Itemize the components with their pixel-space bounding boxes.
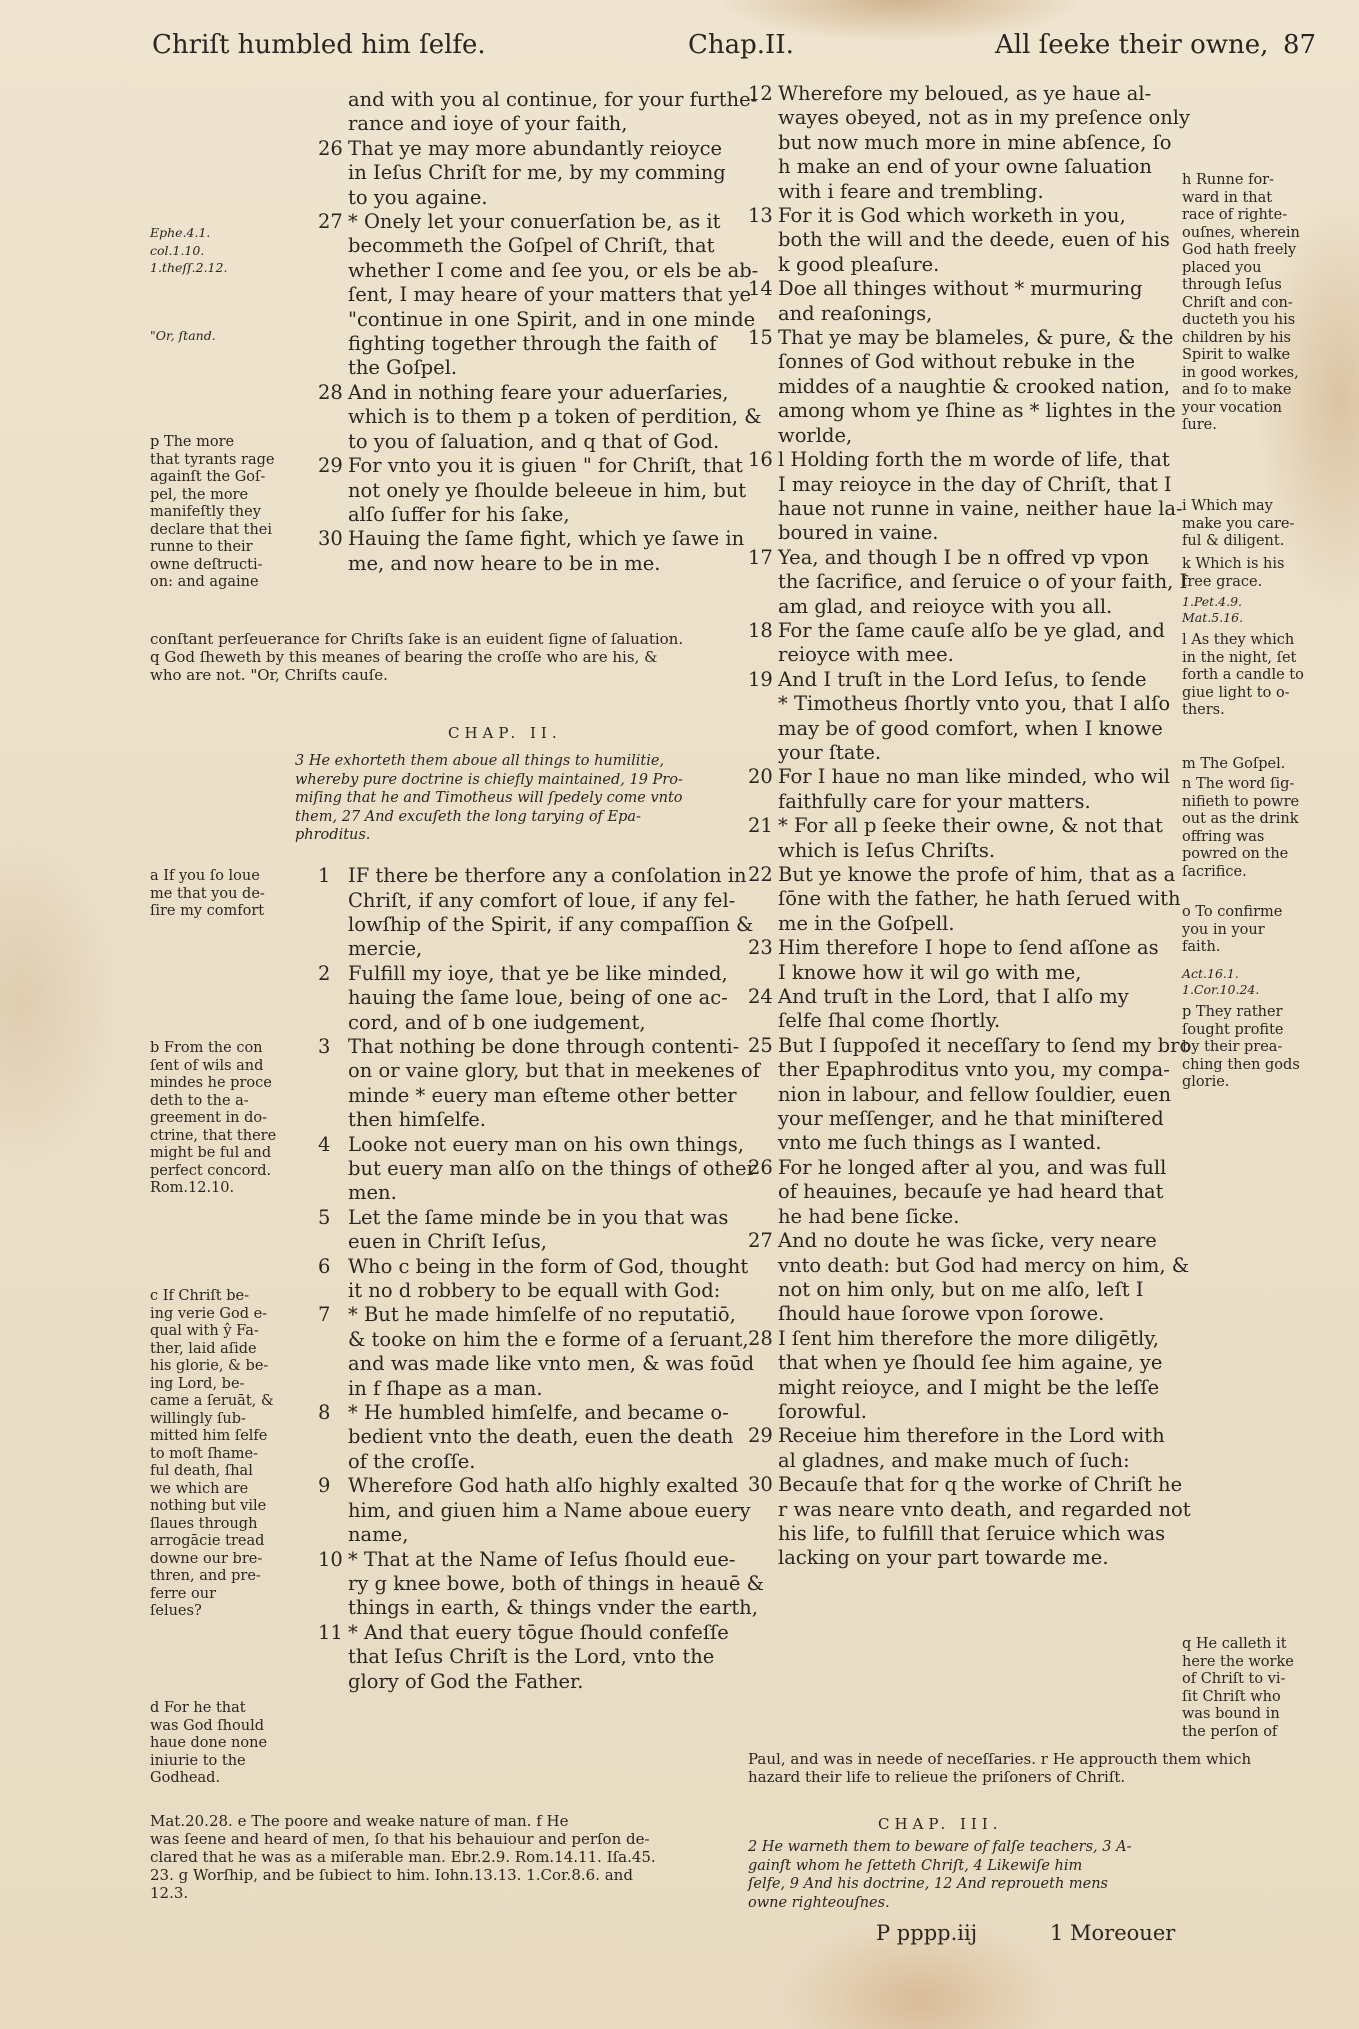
verse-text: Looke not euery man on his own things, [348, 1133, 744, 1156]
text-line: Paul, and was in neede of neceſſaries. r… [748, 1750, 1338, 1768]
verse-line: in Ieſus Chriſt for me, by my comming [318, 161, 728, 185]
verse-line: reioyce with mee. [748, 643, 1178, 667]
signature-mark: P pppp.iij [876, 1921, 977, 1945]
text-line: ching then gods [1182, 1057, 1300, 1075]
text-line: placed you [1182, 260, 1300, 278]
verse-line: ſorowful. [748, 1400, 1178, 1424]
text-line: ing verie God e- [150, 1306, 274, 1324]
verse-text: I may reioyce in the day of Chriſt, that… [778, 473, 1172, 496]
text-line: ſit Chriſt who [1182, 1689, 1294, 1707]
verse-line: 16l Holding forth the m worde of life, t… [748, 448, 1178, 472]
text-line: your vocation [1182, 400, 1300, 418]
verse-text: hauing the ſame loue, being of one ac- [348, 986, 728, 1009]
verse-text: that Ieſus Chriſt is the Lord, vnto the [348, 1645, 714, 1668]
verse-line: bedient vnto the death, euen the death [318, 1425, 728, 1449]
verse-text: it no d robbery to be equall with God: [348, 1279, 720, 1302]
verse-number: 28 [318, 381, 348, 405]
text-line: who are not. "Or, Chriſts cauſe. [150, 666, 730, 684]
verse-line: your ſtate. [748, 741, 1178, 765]
text-line: in good workes, [1182, 365, 1300, 383]
verse-number: 3 [318, 1035, 348, 1059]
verse-line: whether I come and ſee you, or els be ab… [318, 259, 728, 283]
text-line: d For he that [150, 1700, 267, 1718]
verse-text: to you of ſaluation, and q that of God. [348, 430, 719, 453]
verse-line: 3That nothing be done through contenti- [318, 1035, 728, 1059]
verse-text: * That at the Name of Ieſus ſhould eue- [348, 1548, 736, 1571]
verse-number: 1 [318, 864, 348, 888]
verse-line: him, and giuen him a Name aboue euery [318, 1499, 728, 1523]
verse-line: vnto me ſuch things as I wanted. [748, 1131, 1178, 1155]
text-line: ſelues? [150, 1603, 274, 1621]
verse-text: boured in vaine. [778, 521, 939, 544]
verse-line: with i feare and trembling. [748, 180, 1178, 204]
verse-line: 4Looke not euery man on his own things, [318, 1133, 728, 1157]
verse-line: I knowe how it wil go with me, [748, 961, 1178, 985]
verse-line: ſhould haue ſorowe vpon ſorowe. [748, 1302, 1178, 1326]
text-line: n The word ſig- [1182, 776, 1299, 794]
verse-text: ſonnes of God without rebuke in the [778, 350, 1135, 373]
verse-text: of heauines, becauſe ye had heard that [778, 1180, 1163, 1203]
verse-line: but now much more in mine abſence, ſo [748, 131, 1178, 155]
verse-text: and reaſonings, [778, 302, 932, 325]
text-line: 1.Pet.4.9. [1182, 594, 1243, 610]
text-line: 23. g Worſhip, and be ſubiect to him. Io… [150, 1866, 730, 1884]
verse-text: That ye may more abundantly reioyce [348, 137, 722, 160]
text-line: in the night, ſet [1182, 650, 1304, 668]
verse-text: Wherefore God hath alſo highly exalted [348, 1474, 738, 1497]
margin-refs-b: Act.16.1.1.Cor.10.24. [1182, 966, 1259, 998]
verse-line: 18For the ſame cauſe alſo be ye glad, an… [748, 619, 1178, 643]
text-line: runne to their [150, 539, 275, 557]
verse-number: 21 [748, 814, 778, 838]
verse-text: nion in labour, and fellow ſouldier, eue… [778, 1083, 1171, 1106]
verse-number: 26 [318, 137, 348, 161]
text-line: q He calleth it [1182, 1636, 1294, 1654]
footnote-bottom-left: Mat.20.28. e The poore and weake nature … [150, 1812, 730, 1902]
chapter-heading-3: CHAP. III. [878, 1815, 1003, 1833]
verse-number: 7 [318, 1303, 348, 1327]
verse-number: 16 [748, 448, 778, 472]
verse-line: name, [318, 1523, 728, 1547]
verse-number: 17 [748, 546, 778, 570]
verse-line: 13For it is God which worketh in you, [748, 204, 1178, 228]
verse-text: * And that euery tōgue ſhould confeſſe [348, 1621, 729, 1644]
text-line: miſing that he and Timotheus will ſpedel… [295, 789, 725, 808]
verse-number: 30 [318, 527, 348, 551]
verse-line: 29Receiue him therefore in the Lord with [748, 1424, 1178, 1448]
text-line: downe our bre- [150, 1551, 274, 1569]
verse-text: That ye may be blameles, & pure, & the [778, 326, 1173, 349]
verse-line: 23Him therefore I hope to ſend aſſone as [748, 936, 1178, 960]
verse-line: k good pleaſure. [748, 253, 1178, 277]
verse-line: 30Hauing the ſame fight, which ye ſawe i… [318, 527, 728, 551]
verse-line: 14Doe all thinges without * murmuring [748, 277, 1178, 301]
verse-text: am glad, and reioyce with you all. [778, 595, 1112, 618]
verse-text: Doe all thinges without * murmuring [778, 277, 1142, 300]
verse-text: * Timotheus ſhortly vnto you, that I alſ… [778, 692, 1170, 715]
verse-text: "continue in one Spirit, and in one mind… [348, 308, 755, 331]
verse-text: becommeth the Goſpel of Chriſt, that [348, 234, 714, 257]
verse-text: faithfully care for your matters. [778, 790, 1091, 813]
text-line: i Which may [1182, 498, 1294, 516]
verse-text: * Onely let your conuerſation be, as it [348, 210, 721, 233]
text-line: Chriſt and con- [1182, 295, 1300, 313]
verse-line: but euery man alſo on the things of othe… [318, 1157, 728, 1181]
verse-number: 6 [318, 1255, 348, 1279]
margin-note-n: n The word ſig-nifieth to powreout as th… [1182, 776, 1299, 881]
verse-text: worlde, [778, 424, 852, 447]
text-line: q God ſheweth by this meanes of bearing … [150, 648, 730, 666]
verse-line: the ſacrifice, and ſeruice o of your fai… [748, 570, 1178, 594]
verse-text: your ſtate. [778, 741, 881, 764]
text-line: ouſnes, wherein [1182, 225, 1300, 243]
chapter-heading-2: CHAP. II. [448, 724, 562, 742]
verse-text: And truſt in the Lord, that I alſo my [778, 985, 1129, 1008]
text-line: the perſon of [1182, 1724, 1294, 1742]
text-line: rance and ioye of your faith, [348, 112, 728, 136]
verse-line: both the will and the deede, euen of his [748, 228, 1178, 252]
verse-line: * Timotheus ſhortly vnto you, that I alſ… [748, 692, 1178, 716]
text-line: b From the con [150, 1040, 276, 1058]
text-line: you in your [1182, 922, 1282, 940]
verse-text: And I truſt in the Lord Ieſus, to ſende [778, 668, 1147, 691]
verse-line: Chriſt, if any comfort of loue, if any f… [318, 889, 728, 913]
text-line: and with you al continue, for your furth… [348, 88, 728, 112]
margin-refs-verse-27: Ephe.4.1.col.1.10.1.theſſ.2.12. [150, 224, 227, 277]
text-line: to moſt ſhame- [150, 1446, 274, 1464]
text-line: forth a candle to [1182, 667, 1304, 685]
verse-line: 25But I ſuppoſed it neceſſary to ſend my… [748, 1034, 1178, 1058]
text-line: that tyrants rage [150, 452, 275, 470]
text-line: againſt the Goſ- [150, 469, 275, 487]
verse-text: haue not runne in vaine, neither haue la… [778, 497, 1183, 520]
running-head-right: All ſeeke their owne, [995, 30, 1268, 60]
margin-refs-a: 1.Pet.4.9.Mat.5.16. [1182, 594, 1243, 626]
verse-text: men. [348, 1181, 397, 1204]
verse-line: ther Epaphroditus vnto you, my compa- [748, 1058, 1178, 1082]
text-line: hazard their life to relieue the priſone… [748, 1768, 1338, 1786]
verse-text: Yea, and though I be n offred vp vpon [778, 546, 1149, 569]
text-line: pel, the more [150, 487, 275, 505]
verse-text: k good pleaſure. [778, 253, 939, 276]
text-line: haue done none [150, 1735, 267, 1753]
verse-line: 17Yea, and though I be n offred vp vpon [748, 546, 1178, 570]
margin-note-p: p The morethat tyrants rageagainſt the G… [150, 434, 275, 592]
text-line: conſtant perſeuerance for Chriſts ſake i… [150, 630, 730, 648]
text-line: p The more [150, 434, 275, 452]
verse-text: For he longed after al you, and was full [778, 1156, 1166, 1179]
verse-text: then himſelfe. [348, 1108, 486, 1131]
text-line: free grace. [1182, 574, 1284, 592]
text-line: Mat.5.16. [1182, 610, 1243, 626]
verse-line: am glad, and reioyce with you all. [748, 595, 1178, 619]
verse-text: Wherefore my beloued, as ye haue al- [778, 82, 1151, 105]
verse-line: and reaſonings, [748, 302, 1178, 326]
verse-text: reioyce with mee. [778, 643, 954, 666]
text-line: a If you ſo loue [150, 868, 265, 886]
text-line: clared that he was as a miſerable man. E… [150, 1848, 730, 1866]
verse-line: hauing the ſame loue, being of one ac- [318, 986, 728, 1010]
verse-text: Receiue him therefore in the Lord with [778, 1424, 1165, 1447]
verse-line: 2Fulfill my ioye, that ye be like minded… [318, 962, 728, 986]
verse-line: 27* Onely let your conuerſation be, as i… [318, 210, 728, 234]
verse-number: 18 [748, 619, 778, 643]
verse-text: Fulfill my ioye, that ye be like minded, [348, 962, 728, 985]
text-line: Rom.12.10. [150, 1180, 276, 1198]
verse-number: 19 [748, 668, 778, 692]
text-line: ſure. [1182, 417, 1300, 435]
verse-line: 21* For all p ſeeke their owne, & not th… [748, 814, 1178, 838]
text-line: declare that thei [150, 522, 275, 540]
text-line: ctrine, that there [150, 1128, 276, 1146]
text-line: 1.Cor.10.24. [1182, 982, 1259, 998]
verse-text: vnto death: but God had mercy on him, & [778, 1254, 1189, 1277]
text-line: ducteth you his [1182, 312, 1300, 330]
verse-text: For it is God which worketh in you, [778, 204, 1126, 227]
text-line: was bound in [1182, 1706, 1294, 1724]
verse-text: But I ſuppoſed it neceſſary to ſend my b… [778, 1034, 1191, 1057]
scanned-bible-page: Chriſt humbled him ſelfe. Chap.II. All ſ… [0, 0, 1359, 2029]
verse-line: fighting together through the faith of [318, 332, 728, 356]
verse-line: of the croſſe. [318, 1450, 728, 1474]
verse-line: 6Who c being in the form of God, thought [318, 1255, 728, 1279]
verse-text: which is to them p a token of perdition,… [348, 405, 762, 428]
verse-number: 14 [748, 277, 778, 301]
verse-line: haue not runne in vaine, neither haue la… [748, 497, 1178, 521]
verse-line: not on him only, but on me alſo, leſt I [748, 1278, 1178, 1302]
text-line: came a ſeruāt, & [150, 1393, 274, 1411]
verse-number: 11 [318, 1621, 348, 1645]
verse-line: it no d robbery to be equall with God: [318, 1279, 728, 1303]
text-line: qual with ŷ Fa- [150, 1323, 274, 1341]
verse-text: l Holding forth the m worde of life, tha… [778, 448, 1170, 471]
verse-line: which is to them p a token of perdition,… [318, 405, 728, 429]
verse-line: h make an end of your owne ſaluation [748, 155, 1178, 179]
text-line: gainſt whom he ſetteth Chriſt, 4 Likewiſ… [748, 1857, 1178, 1876]
text-line: of Chriſt to vi- [1182, 1671, 1294, 1689]
text-line: race of righte- [1182, 207, 1300, 225]
verse-line: 5Let the ſame minde be in you that was [318, 1206, 728, 1230]
text-line: ferre our [150, 1586, 274, 1604]
text-line: m The Goſpel. [1182, 756, 1285, 774]
text-line: mitted him ſelfe [150, 1428, 274, 1446]
verse-line: lacking on your part towarde me. [748, 1546, 1178, 1570]
text-line: thren, and pre- [150, 1568, 274, 1586]
verse-line: 19And I truſt in the Lord Ieſus, to ſend… [748, 668, 1178, 692]
verse-text: ſelfe ſhal come ſhortly. [778, 1009, 1000, 1032]
verse-text: Hauing the ſame fight, which ye ſawe in [348, 527, 744, 550]
verse-text: on or vaine glory, but that in meekenes … [348, 1059, 760, 1082]
text-line: mindes he proce [150, 1075, 276, 1093]
text-line: ward in that [1182, 190, 1300, 208]
text-line: ſlaues through [150, 1516, 274, 1534]
verse-number: 4 [318, 1133, 348, 1157]
verse-text: ſōne with the father, he hath ſerued wit… [778, 887, 1181, 910]
verse-text: both the will and the deede, euen of his [778, 228, 1170, 251]
page-number: 87 [1283, 30, 1316, 60]
verse-line: to you of ſaluation, and q that of God. [318, 430, 728, 454]
verse-line: al gladnes, and make much of ſuch: [748, 1449, 1178, 1473]
verse-line: cord, and of b one iudgement, [318, 1011, 728, 1035]
verse-text: That nothing be done through contenti- [348, 1035, 739, 1058]
verse-text: euen in Chriſt Ieſus, [348, 1230, 547, 1253]
verse-number: 30 [748, 1473, 778, 1497]
verse-text: bedient vnto the death, euen the death [348, 1425, 733, 1448]
text-line: was ſeene and heard of men, ſo that his … [150, 1830, 730, 1848]
verse-text: may be of good comfort, when I knowe [778, 717, 1163, 740]
margin-note-o: o To confirmeyou in yourfaith. [1182, 904, 1282, 957]
verse-line: glory of God the Father. [318, 1670, 728, 1694]
verse-text: wayes obeyed, not as in my preſence only [778, 106, 1190, 129]
text-line: c If Chriſt be- [150, 1288, 274, 1306]
verse-line: 28I ſent him therefore the more diligētl… [748, 1327, 1178, 1351]
verse-number: 20 [748, 765, 778, 789]
verse-line: 30Becauſe that for q the worke of Chriſt… [748, 1473, 1178, 1497]
text-line: whereby pure doctrine is chiefly maintai… [295, 771, 725, 790]
verse-line: 8* He humbled himſelfe, and became o- [318, 1401, 728, 1425]
text-line: ſent of wils and [150, 1058, 276, 1076]
text-line: them, 27 And excuſeth the long tarying o… [295, 808, 725, 827]
text-line: l As they which [1182, 632, 1304, 650]
text-line: ing Lord, be- [150, 1376, 274, 1394]
verse-line: 9Wherefore God hath alſo highly exalted [318, 1474, 728, 1498]
verse-text: ry g knee bowe, both of things in heauē … [348, 1572, 764, 1595]
verse-text: Who c being in the form of God, thought [348, 1255, 748, 1278]
verse-text: & tooke on him the e forme of a ſeruant, [348, 1328, 749, 1351]
verse-text: your meſſenger, and he that miniſtered [778, 1107, 1164, 1130]
text-line: through Ieſus [1182, 277, 1300, 295]
verse-text: middes of a naughtie & crooked nation, [778, 375, 1170, 398]
text-line: Spirit to walke [1182, 347, 1300, 365]
text-line: ſacrifice. [1182, 864, 1299, 882]
text-line: ſire my comfort [150, 903, 265, 921]
verse-line: things in earth, & things vnder the eart… [318, 1596, 728, 1620]
text-line: children by his [1182, 330, 1300, 348]
verse-line: 10* That at the Name of Ieſus ſhould eue… [318, 1548, 728, 1572]
verse-text: me in the Goſpell. [778, 912, 955, 935]
verse-text: but now much more in mine abſence, ſo [778, 131, 1172, 154]
verse-line: his life, to fulfill that ſeruice which … [748, 1522, 1178, 1546]
verse-text: For the ſame cauſe alſo be ye glad, and [778, 619, 1165, 642]
verse-text: but euery man alſo on the things of othe… [348, 1157, 756, 1180]
text-line: was God ſhould [150, 1718, 267, 1736]
verse-line: your meſſenger, and he that miniſtered [748, 1107, 1178, 1131]
verse-text: the Goſpel. [348, 356, 457, 379]
text-line: col.1.10. [150, 242, 227, 260]
verse-text: But ye knowe the profe of him, that as a [778, 863, 1175, 886]
verse-text: lacking on your part towarde me. [778, 1546, 1109, 1569]
verse-line: 26That ye may more abundantly reioyce [318, 137, 728, 161]
verse-number: 24 [748, 985, 778, 1009]
catchword: 1 Moreouer [1050, 1921, 1175, 1945]
verse-text: vnto me ſuch things as I wanted. [778, 1131, 1102, 1154]
text-line: faith. [1182, 939, 1282, 957]
left-column-text: and with you al continue, for your furth… [318, 88, 728, 1694]
text-line: thers. [1182, 702, 1304, 720]
text-line: manifeſtly they [150, 504, 275, 522]
verse-text: h make an end of your owne ſaluation [778, 155, 1152, 178]
verse-line: 22But ye knowe the profe of him, that as… [748, 863, 1178, 887]
verse-text: in f ſhape as a man. [348, 1377, 543, 1400]
verse-line: on or vaine glory, but that in meekenes … [318, 1059, 728, 1083]
verse-text: mercie, [348, 937, 422, 960]
verse-text: and was made like vnto men, & was foūd [348, 1352, 754, 1375]
verse-line: 29For vnto you it is giuen " for Chriſt,… [318, 454, 728, 478]
margin-note-l: l As they whichin the night, ſetforth a … [1182, 632, 1304, 720]
text-line: ſought profite [1182, 1022, 1300, 1040]
verse-number: 29 [318, 454, 348, 478]
text-line: ful & diligent. [1182, 533, 1294, 551]
verse-line: not onely ye ſhoulde beleeue in him, but [318, 479, 728, 503]
text-line: phroditus. [295, 826, 725, 845]
verse-line: alſo ſuffer for his ſake, [318, 503, 728, 527]
running-head-left: Chriſt humbled him ſelfe. [152, 30, 486, 60]
chapter-3-argument: 2 He warneth them to beware of falſe tea… [748, 1838, 1178, 1912]
verse-line: of heauines, becauſe ye had heard that [748, 1180, 1178, 1204]
verse-number: 29 [748, 1424, 778, 1448]
verse-line: the Goſpel. [318, 356, 728, 380]
verse-number: 25 [748, 1034, 778, 1058]
text-line: here the worke [1182, 1654, 1294, 1672]
verse-line: which is Ieſus Chriſts. [748, 839, 1178, 863]
verse-text: And no doute he was ſicke, very neare [778, 1229, 1157, 1252]
verse-text: him, and giuen him a Name aboue euery [348, 1499, 750, 1522]
verse-text: I knowe how it wil go with me, [778, 961, 1081, 984]
verse-line: that Ieſus Chriſt is the Lord, vnto the [318, 1645, 728, 1669]
verse-text: that when ye ſhould ſee him againe, ye [778, 1351, 1162, 1374]
verse-line: 26For he longed after al you, and was fu… [748, 1156, 1178, 1180]
margin-note-m: m The Goſpel. [1182, 756, 1285, 774]
text-line: Ephe.4.1. [150, 224, 227, 242]
text-line: nothing but vile [150, 1498, 274, 1516]
text-line: greement in do- [150, 1110, 276, 1128]
verse-line: mercie, [318, 937, 728, 961]
verse-text: among whom ye ſhine as * lightes in the [778, 399, 1176, 422]
verse-line: 24And truſt in the Lord, that I alſo my [748, 985, 1178, 1009]
verse-line: 27And no doute he was ſicke, very neare [748, 1229, 1178, 1253]
verse-text: ſent, I may heare of your matters that y… [348, 283, 751, 306]
verse-text: I ſent him therefore the more diligētly, [778, 1327, 1159, 1350]
text-line: owne deſtructi- [150, 557, 275, 575]
verse-line: might reioyce, and I might be the leſſe [748, 1376, 1178, 1400]
text-line: his glorie, & be- [150, 1358, 274, 1376]
verse-line: 20For I haue no man like minded, who wil [748, 765, 1178, 789]
text-line: offring was [1182, 829, 1299, 847]
verse-number: 15 [748, 326, 778, 350]
verse-line: wayes obeyed, not as in my preſence only [748, 106, 1178, 130]
verse-line: nion in labour, and fellow ſouldier, eue… [748, 1083, 1178, 1107]
verse-text: minde * euery man eſteme other better [348, 1084, 737, 1107]
verse-number: 8 [318, 1401, 348, 1425]
verse-text: whether I come and ſee you, or els be ab… [348, 259, 758, 282]
verse-line: & tooke on him the e forme of a ſeruant, [318, 1328, 728, 1352]
margin-note-b: b From the conſent of wils andmindes he … [150, 1040, 276, 1198]
verse-line: ſent, I may heare of your matters that y… [318, 283, 728, 307]
verse-line: 15That ye may be blameles, & pure, & the [748, 326, 1178, 350]
text-line: we which are [150, 1481, 274, 1499]
running-head-chapter: Chap.II. [688, 30, 794, 60]
margin-note-p-right: p They ratherſought profiteby their prea… [1182, 1004, 1300, 1092]
verse-line: to you againe. [318, 186, 728, 210]
text-line: Act.16.1. [1182, 966, 1259, 982]
text-line: 12.3. [150, 1884, 730, 1902]
verse-text: Him therefore I hope to ſend aſſone as [778, 936, 1159, 959]
text-line: by their prea- [1182, 1039, 1300, 1057]
verse-text: of the croſſe. [348, 1450, 475, 1473]
verse-line: may be of good comfort, when I knowe [748, 717, 1178, 741]
text-line: glorie. [1182, 1074, 1300, 1092]
verse-text: Becauſe that for q the worke of Chriſt h… [778, 1473, 1182, 1496]
